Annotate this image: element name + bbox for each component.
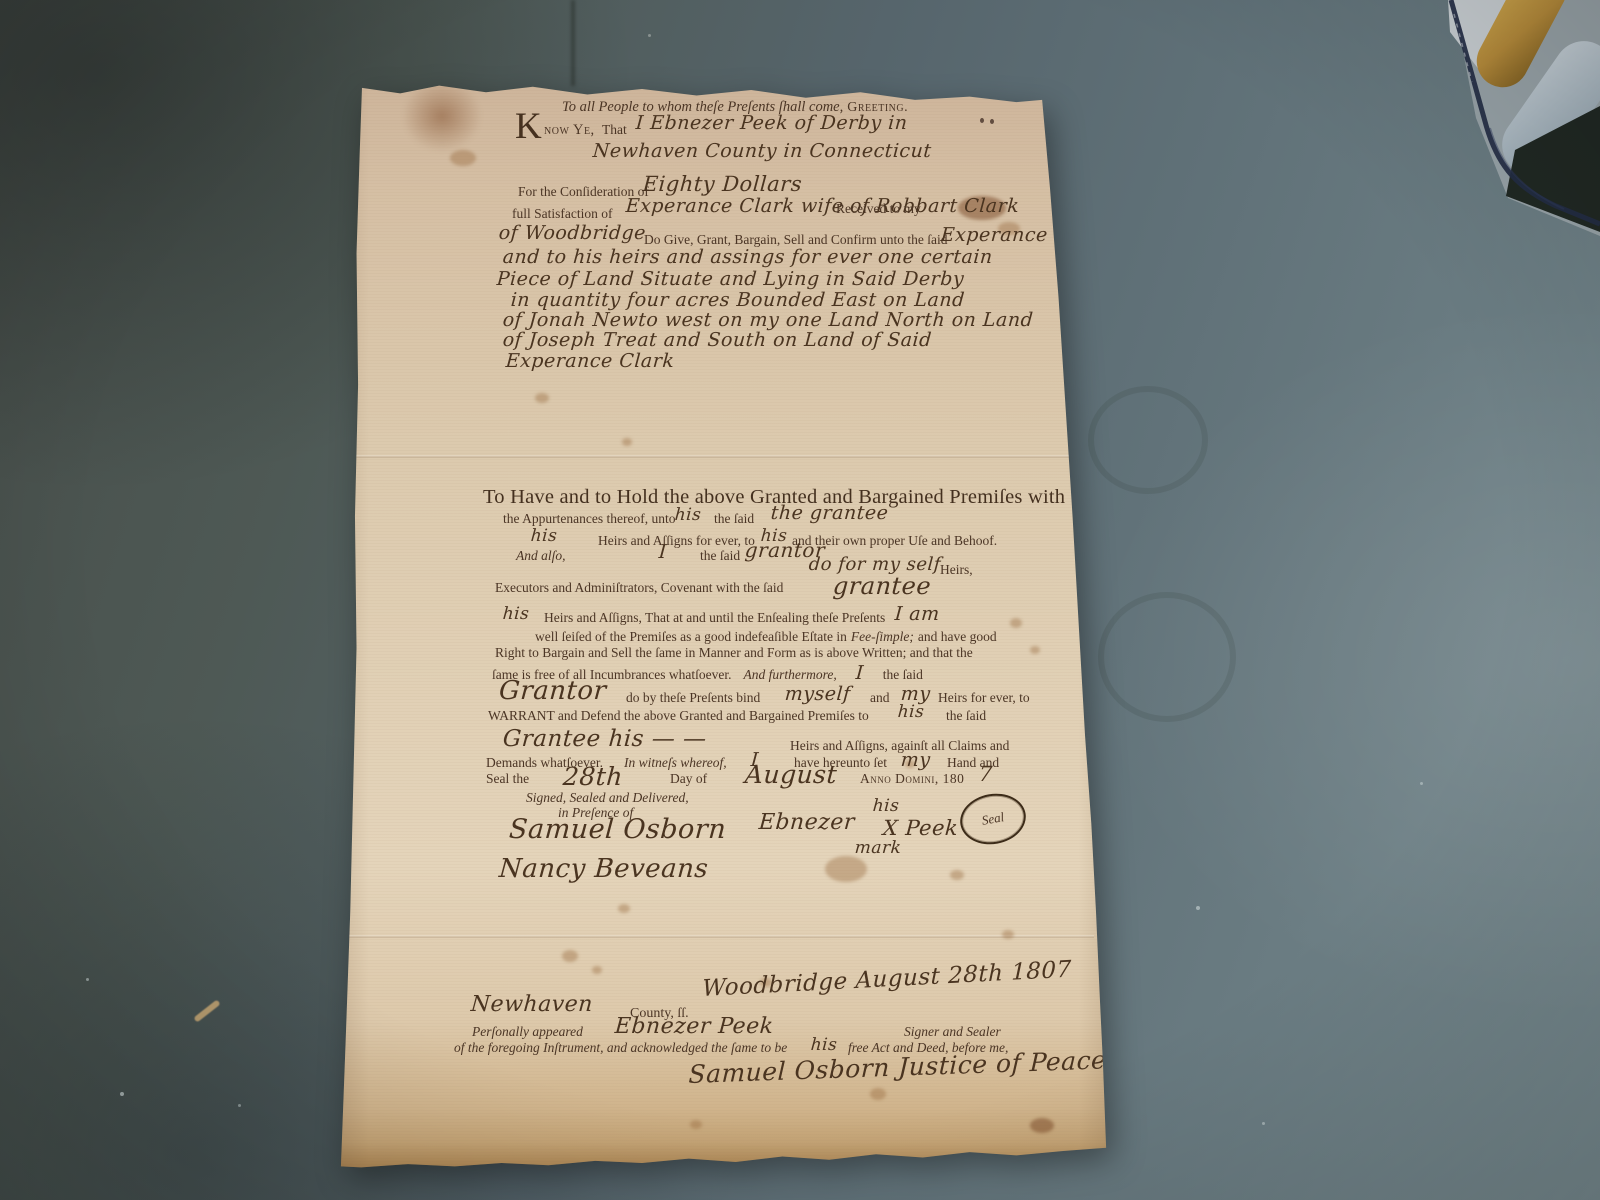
witness-signature-osborn: Samuel Osborn xyxy=(508,814,727,845)
table-speck xyxy=(120,1092,124,1096)
the-said: the ſaid xyxy=(883,667,923,682)
stain-spot xyxy=(622,438,632,446)
handwritten-experance: Experance xyxy=(940,224,1049,246)
right-to-bargain-text: Right to Bargain and Sell the ſame in Ma… xyxy=(495,645,973,661)
handwritten-month: August xyxy=(744,760,838,789)
signed-sealed-text: Signed, Sealed and Delivered, xyxy=(526,790,689,806)
bottom-edge-stain xyxy=(330,1144,1110,1174)
pencil-mark xyxy=(980,118,984,123)
table-speck xyxy=(1420,782,1423,785)
photo-scene: To all People to whom theſe Preſents ſha… xyxy=(0,0,1600,1200)
glass-holder-with-pens xyxy=(1350,0,1600,300)
that-label: That xyxy=(602,122,627,138)
stain-spot xyxy=(870,1088,886,1100)
handwritten-grantee: grantee xyxy=(832,572,932,600)
table-speck xyxy=(86,978,89,981)
claims-text: Heirs and Aſſigns, againſt all Claims an… xyxy=(790,738,1009,754)
executors-text: Executors and Adminiſtrators, Covenant w… xyxy=(495,580,783,596)
handwritten-his: his xyxy=(502,604,530,624)
witness-whereof-text: In witneſs whereof, xyxy=(624,755,727,771)
seal-label: Seal xyxy=(981,809,1006,829)
warrant-text: WARRANT and Defend the above Granted and… xyxy=(488,708,869,724)
handwritten-land-4: of Jonah Newto west on my one Land North… xyxy=(502,309,1034,331)
wax-seal-circle: Seal xyxy=(956,789,1030,850)
and-also-text: And alſo, xyxy=(516,548,566,564)
handwritten-land-1: and to his heirs and assings for ever on… xyxy=(502,246,993,268)
handwritten-land-5: of Joseph Treat and South on Land of Sai… xyxy=(502,329,933,351)
handwritten-i-am: I am xyxy=(894,603,940,625)
table-speck xyxy=(1262,1122,1265,1125)
heirs-assigns-text: Heirs and Aſſigns for ever, to xyxy=(598,533,755,549)
handwritten-place-date: Woodbridge August 28th 1807 xyxy=(702,957,1072,1002)
table-scratch xyxy=(193,999,220,1022)
handwritten-i: I xyxy=(855,662,865,684)
the-said: the ſaid xyxy=(714,511,754,527)
stain-spot xyxy=(535,393,549,403)
stain-spot xyxy=(690,1120,702,1129)
and-label: and xyxy=(870,690,890,706)
deed-paper: To all People to whom theſe Preſents ſha… xyxy=(330,78,1110,1174)
handwritten-grantor-large: Grantor xyxy=(498,676,608,706)
signature-x-peek: X Peek xyxy=(882,816,959,840)
received-label: Received to my xyxy=(836,201,921,217)
stain-spot xyxy=(1002,930,1014,939)
fold-crease xyxy=(346,455,1095,458)
handwritten-year-7: 7 xyxy=(978,762,994,786)
know-ye-text: now Ye, xyxy=(544,122,595,139)
fee-simple-text: Fee-ſimple; xyxy=(851,629,914,644)
handwritten-day-28: 28th xyxy=(562,762,624,791)
handwritten-grantor-intro2: Newhaven County in Connecticut xyxy=(592,140,932,162)
furthermore-text: And furthermore, xyxy=(744,667,837,682)
stain-spot xyxy=(1030,646,1040,654)
the-said: the ſaid xyxy=(700,548,740,564)
handwritten-i: I xyxy=(658,541,668,563)
anno-domini-text: Anno Domini, 180 xyxy=(860,771,964,787)
handwritten-my: my xyxy=(900,749,931,771)
ensealing-text: Heirs and Aſſigns, That at and until the… xyxy=(544,610,885,626)
stain-spot xyxy=(618,904,630,913)
appurtenances-text: the Appurtenances thereof, unto xyxy=(503,511,675,527)
stain-spot xyxy=(950,870,964,880)
handwritten-myself: myself xyxy=(784,683,851,705)
handwritten-land-2: Piece of Land Situate and Lying in Said … xyxy=(496,268,965,290)
seised-text-2: and have good xyxy=(918,629,997,644)
seal-the-text: Seal the xyxy=(486,771,529,787)
personally-appeared-text: Perſonally appeared xyxy=(472,1024,583,1040)
table-speck xyxy=(238,1104,241,1107)
pencil-mark xyxy=(990,119,994,124)
deed-document: To all People to whom theſe Preſents ſha… xyxy=(330,78,1110,1174)
desk-objects xyxy=(1350,0,1600,300)
handwritten-grantee-his: Grantee his — — xyxy=(502,726,708,752)
foregoing-text: of the foregoing Inſtrument, and acknowl… xyxy=(454,1040,787,1056)
handwritten-grantor-intro: I Ebnezer Peek of Derby in xyxy=(635,112,908,134)
stain-spot xyxy=(562,950,578,962)
heirs-label: Heirs, xyxy=(940,562,973,578)
handwritten-his: his xyxy=(674,505,702,525)
handwritten-his: his xyxy=(530,526,558,546)
stain-spot xyxy=(450,150,476,166)
the-said: the ſaid xyxy=(946,708,986,724)
handwritten-grantee-name: Experance Clark wife of Robbart Clark xyxy=(625,195,1020,217)
seised-text-1: well ſeiſed of the Premiſes as a good in… xyxy=(535,629,847,644)
table-speck xyxy=(648,34,651,37)
stain-spot xyxy=(1030,1118,1054,1133)
handwritten-his: his xyxy=(810,1035,838,1055)
handwritten-land-6: Experance Clark xyxy=(505,350,675,372)
ring-stain xyxy=(1098,592,1236,722)
stain-spot xyxy=(592,966,602,974)
drop-cap-k: K xyxy=(515,108,542,145)
handwritten-ack-name: Ebnezer Peek xyxy=(614,1014,774,1039)
paper-corner-stain xyxy=(402,80,482,152)
handwritten-the-grantee: the grantee xyxy=(770,502,889,524)
stain-spot xyxy=(1010,618,1022,628)
bind-presents-text: do by theſe Preſents bind xyxy=(626,690,760,706)
handwritten-amount: Eighty Dollars xyxy=(642,172,803,196)
witness-signature-beveans: Nancy Beveans xyxy=(498,854,709,884)
signer-sealer-text: Signer and Sealer xyxy=(904,1024,1001,1040)
table-seam xyxy=(571,0,575,86)
signature-ebnezer: Ebnezer xyxy=(758,810,856,835)
stain-spot xyxy=(825,856,867,882)
fold-crease xyxy=(346,935,1095,938)
handwritten-land-3: in quantity four acres Bounded East on L… xyxy=(510,289,966,311)
handwritten-his: his xyxy=(897,702,925,722)
day-of-text: Day of xyxy=(670,771,707,787)
handwritten-county-newhaven: Newhaven xyxy=(470,992,594,1017)
heirs-forever-text: Heirs for ever, to xyxy=(938,690,1030,706)
satisfaction-label: full Satisfaction of xyxy=(512,206,612,222)
signature-his: his xyxy=(872,796,900,816)
signature-mark: mark xyxy=(854,838,902,858)
handwritten-woodbridge: of Woodbridge xyxy=(498,222,647,244)
table-speck xyxy=(1196,906,1200,910)
